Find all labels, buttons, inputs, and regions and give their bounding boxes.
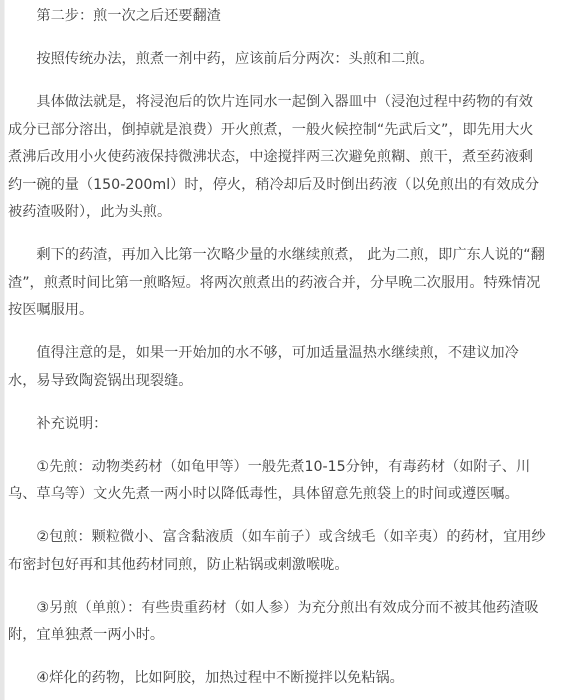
paragraph-water-note: 值得注意的是，如果一开始加的水不够，可加适量温热水继续煎，不建议加冷水，易导致陶… xyxy=(8,340,546,395)
supplement-note-1: ①先煎：动物类药材（如龟甲等）一般先煮10-15分钟，有毒药材（如附子、川乌、草… xyxy=(8,454,546,509)
paragraph-first-decoction: 具体做法就是，将浸泡后的饮片连同水一起倒入器皿中（浸泡过程中药物的有效成分已部分… xyxy=(8,89,546,227)
supplement-note-3: ③另煎（单煎）：有些贵重药材（如人参）为充分煎出有效成分而不被其他药渣吸附，宜单… xyxy=(8,595,546,650)
supplement-heading: 补充说明： xyxy=(8,411,546,439)
supplement-note-4: ④烊化的药物，比如阿胶，加热过程中不断搅拌以免粘锅。 xyxy=(8,665,546,693)
section-title: 第二步：煎一次之后还要翻渣 xyxy=(8,3,546,31)
left-edge-gutter xyxy=(0,0,5,700)
article-body: 第二步：煎一次之后还要翻渣 按照传统办法，煎煮一剂中药，应该前后分两次：头煎和二… xyxy=(8,3,546,693)
paragraph-intro: 按照传统办法，煎煮一剂中药，应该前后分两次：头煎和二煎。 xyxy=(8,46,546,74)
paragraph-second-decoction: 剩下的药渣，再加入比第一次略少量的水继续煎煮， 此为二煎，即广东人说的“翻渣”，… xyxy=(8,242,546,325)
supplement-note-2: ②包煎：颗粒微小、富含黏液质（如车前子）或含绒毛（如辛夷）的药材，宜用纱布密封包… xyxy=(8,524,546,579)
